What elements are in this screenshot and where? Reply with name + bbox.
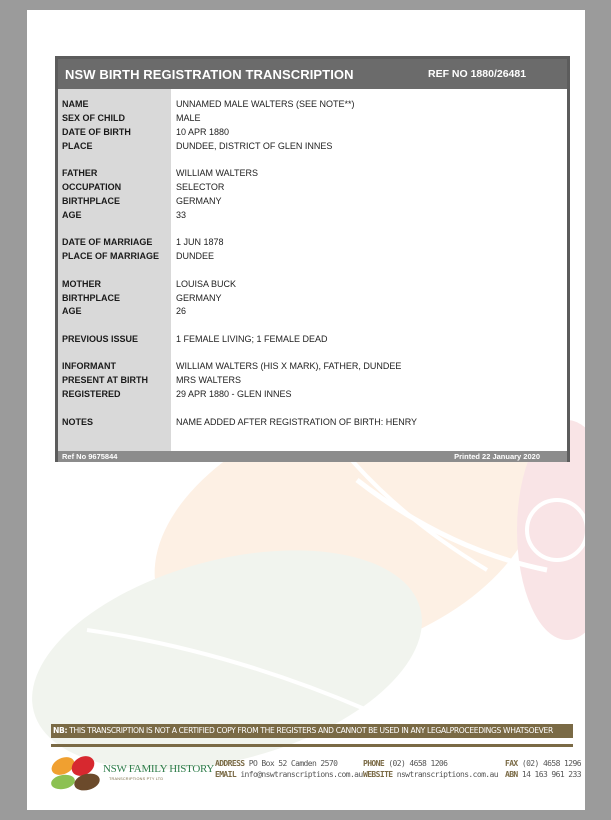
field-label: BIRTHPLACE bbox=[62, 196, 120, 206]
field-row: PLACEDUNDEE, DISTRICT OF GLEN INNES bbox=[58, 141, 567, 155]
field-row: INFORMANTWILLIAM WALTERS (HIS X MARK), F… bbox=[58, 361, 567, 375]
field-value: 1 FEMALE LIVING; 1 FEMALE DEAD bbox=[176, 334, 328, 344]
abn-label: ABN bbox=[505, 770, 518, 779]
field-value: SELECTOR bbox=[176, 182, 224, 192]
company-subtitle: TRANSCRIPTIONS PTY LTD bbox=[109, 777, 163, 781]
field-label: REGISTERED bbox=[62, 389, 121, 399]
field-label: NOTES bbox=[62, 417, 93, 427]
field-label: FATHER bbox=[62, 168, 97, 178]
field-row: NOTESNAME ADDED AFTER REGISTRATION OF BI… bbox=[58, 417, 567, 431]
record-ref-number: REF NO 1880/26481 bbox=[428, 68, 526, 80]
field-value: WILLIAM WALTERS bbox=[176, 168, 258, 178]
footer-ref-number: Ref No 9675844 bbox=[62, 452, 117, 461]
field-row: AGE33 bbox=[58, 210, 567, 224]
company-logo: NSW FAMILY HISTORY TRANSCRIPTIONS PTY LT… bbox=[47, 754, 207, 794]
address-label: ADDRESS bbox=[215, 759, 245, 768]
field-row: BIRTHPLACEGERMANY bbox=[58, 196, 567, 210]
website-label: WEBSITE bbox=[363, 770, 393, 779]
field-label: PRESENT AT BIRTH bbox=[62, 375, 148, 385]
field-value: UNNAMED MALE WALTERS (SEE NOTE**) bbox=[176, 99, 355, 109]
field-value: LOUISA BUCK bbox=[176, 279, 236, 289]
field-value: 10 APR 1880 bbox=[176, 127, 229, 137]
phone-label: PHONE bbox=[363, 759, 384, 768]
field-row: PRESENT AT BIRTHMRS WALTERS bbox=[58, 375, 567, 389]
record-header: NSW BIRTH REGISTRATION TRANSCRIPTION REF… bbox=[58, 59, 567, 89]
field-label: PLACE bbox=[62, 141, 93, 151]
field-row: DATE OF MARRIAGE1 JUN 1878 bbox=[58, 237, 567, 251]
field-label: INFORMANT bbox=[62, 361, 116, 371]
website-link[interactable]: nswtranscriptions.com.au bbox=[397, 770, 498, 779]
field-row: OCCUPATIONSELECTOR bbox=[58, 182, 567, 196]
field-row: SEX OF CHILDMALE bbox=[58, 113, 567, 127]
record-fields: NAMEUNNAMED MALE WALTERS (SEE NOTE**)SEX… bbox=[58, 99, 567, 431]
field-value: MALE bbox=[176, 113, 201, 123]
group-spacer bbox=[58, 224, 567, 238]
field-label: DATE OF MARRIAGE bbox=[62, 237, 152, 247]
contact-phone-website: PHONE (02) 4658 1206 WEBSITE nswtranscri… bbox=[363, 758, 498, 780]
disclaimer-text: THIS TRANSCRIPTION IS NOT A CERTIFIED CO… bbox=[67, 726, 553, 735]
disclaimer-bar: NB: THIS TRANSCRIPTION IS NOT A CERTIFIE… bbox=[51, 724, 573, 738]
field-row: MOTHERLOUISA BUCK bbox=[58, 279, 567, 293]
field-value: 29 APR 1880 - GLEN INNES bbox=[176, 389, 292, 399]
fax-label: FAX bbox=[505, 759, 518, 768]
field-row: DATE OF BIRTH10 APR 1880 bbox=[58, 127, 567, 141]
document-page: NSW BIRTH REGISTRATION TRANSCRIPTION REF… bbox=[27, 10, 585, 810]
disclaimer-prefix: NB: bbox=[53, 726, 67, 735]
group-spacer bbox=[58, 403, 567, 417]
field-value: MRS WALTERS bbox=[176, 375, 241, 385]
field-label: SEX OF CHILD bbox=[62, 113, 125, 123]
field-label: OCCUPATION bbox=[62, 182, 121, 192]
field-value: DUNDEE bbox=[176, 251, 214, 261]
field-row: NAMEUNNAMED MALE WALTERS (SEE NOTE**) bbox=[58, 99, 567, 113]
field-value: GERMANY bbox=[176, 196, 222, 206]
group-spacer bbox=[58, 348, 567, 362]
address-value: PO Box 52 Camden 2570 bbox=[249, 759, 338, 768]
field-label: DATE OF BIRTH bbox=[62, 127, 131, 137]
field-label: PREVIOUS ISSUE bbox=[62, 334, 138, 344]
leaves-logo-icon bbox=[47, 754, 105, 794]
field-label: BIRTHPLACE bbox=[62, 293, 120, 303]
record-title: NSW BIRTH REGISTRATION TRANSCRIPTION bbox=[65, 67, 354, 82]
field-value: DUNDEE, DISTRICT OF GLEN INNES bbox=[176, 141, 332, 151]
field-value: 1 JUN 1878 bbox=[176, 237, 224, 247]
birth-registration-record: NSW BIRTH REGISTRATION TRANSCRIPTION REF… bbox=[55, 56, 570, 462]
field-value: 26 bbox=[176, 306, 186, 316]
field-value: WILLIAM WALTERS (HIS X MARK), FATHER, DU… bbox=[176, 361, 401, 371]
field-row: PREVIOUS ISSUE1 FEMALE LIVING; 1 FEMALE … bbox=[58, 334, 567, 348]
record-footer: Ref No 9675844 Printed 22 January 2020 bbox=[58, 451, 567, 462]
group-spacer bbox=[58, 155, 567, 169]
fax-value: (02) 4658 1296 bbox=[522, 759, 581, 768]
group-spacer bbox=[58, 320, 567, 334]
field-value: 33 bbox=[176, 210, 186, 220]
contact-fax-abn: FAX (02) 4658 1296 ABN 14 163 961 233 bbox=[505, 758, 581, 780]
field-value: GERMANY bbox=[176, 293, 222, 303]
field-label: NAME bbox=[62, 99, 89, 109]
field-row: FATHERWILLIAM WALTERS bbox=[58, 168, 567, 182]
phone-value: (02) 4658 1206 bbox=[388, 759, 447, 768]
field-label: PLACE OF MARRIAGE bbox=[62, 251, 159, 261]
field-row: AGE26 bbox=[58, 306, 567, 320]
field-label: MOTHER bbox=[62, 279, 101, 289]
footer-divider bbox=[51, 744, 573, 747]
field-value: NAME ADDED AFTER REGISTRATION OF BIRTH: … bbox=[176, 417, 417, 427]
field-label: AGE bbox=[62, 306, 82, 316]
field-row: BIRTHPLACEGERMANY bbox=[58, 293, 567, 307]
contact-address-email: ADDRESS PO Box 52 Camden 2570 EMAIL info… bbox=[215, 758, 363, 780]
email-label: EMAIL bbox=[215, 770, 236, 779]
email-link[interactable]: info@nswtranscriptions.com.au bbox=[240, 770, 362, 779]
abn-value: 14 163 961 233 bbox=[522, 770, 581, 779]
field-row: REGISTERED29 APR 1880 - GLEN INNES bbox=[58, 389, 567, 403]
footer-printed-date: Printed 22 January 2020 bbox=[454, 452, 540, 461]
field-row: PLACE OF MARRIAGEDUNDEE bbox=[58, 251, 567, 265]
field-label: AGE bbox=[62, 210, 82, 220]
company-name: NSW FAMILY HISTORY bbox=[103, 763, 214, 775]
group-spacer bbox=[58, 265, 567, 279]
